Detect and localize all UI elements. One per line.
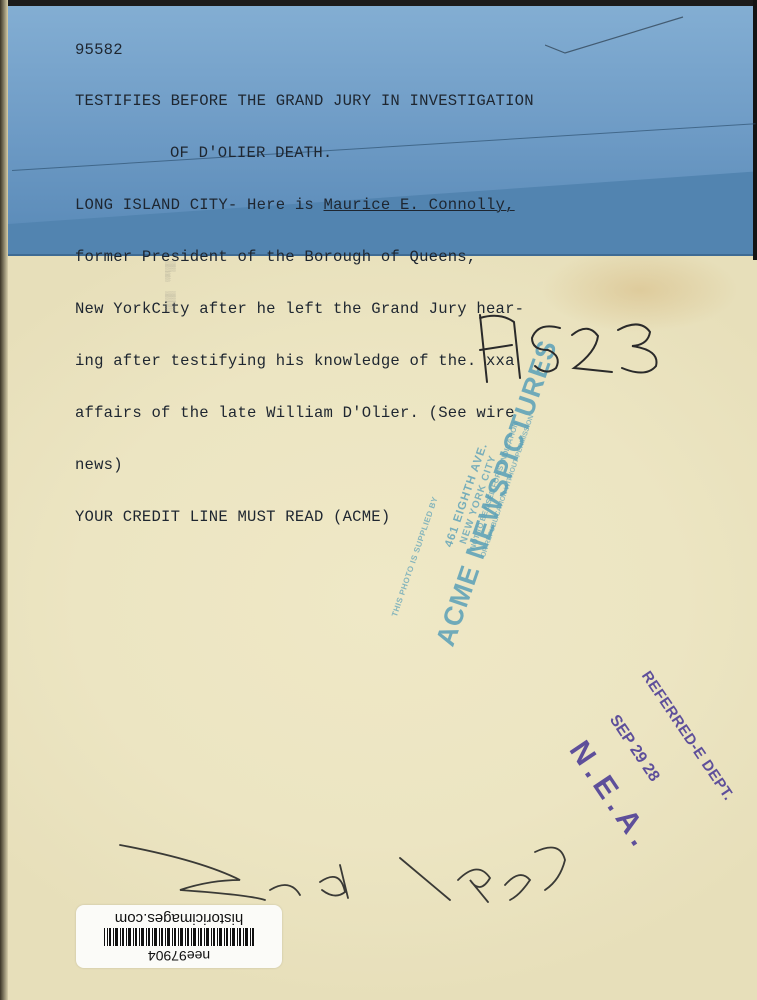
archive-barcode-label: nee97904 historicimages.com [76, 905, 282, 968]
handwritten-date-note [120, 845, 565, 902]
archive-id: nee97904 [148, 948, 210, 963]
barcode-icon [104, 928, 254, 946]
handwritten-catalog-number [0, 0, 757, 1000]
archive-site: historicimages.com [115, 910, 243, 926]
